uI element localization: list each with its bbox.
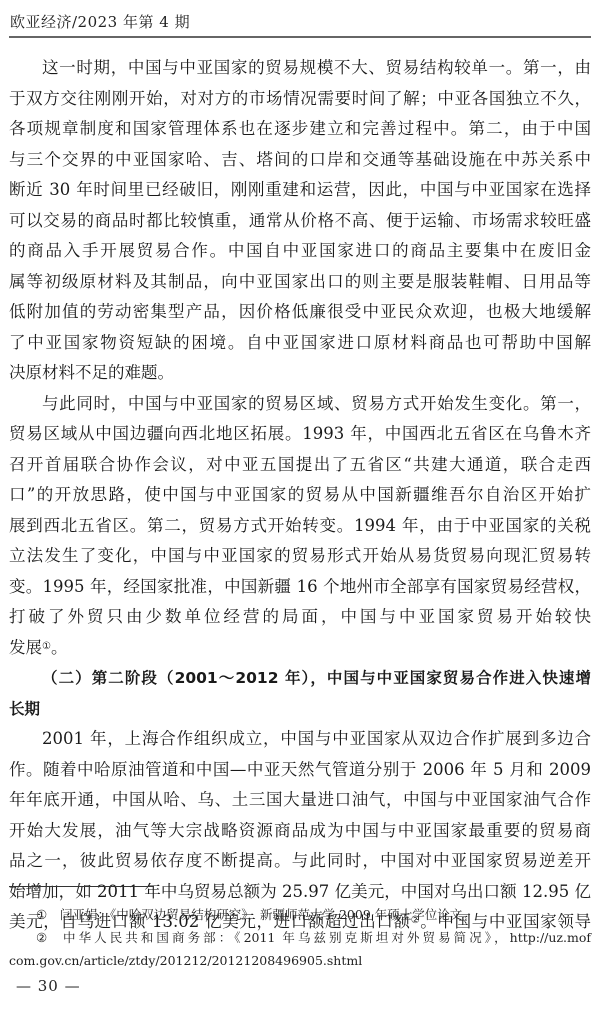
heading-text: 长期 (9, 700, 40, 718)
line-text: 展到西北五省区。第二，贸易方式开始转变。1994 年，由于中亚国家的关税 (9, 516, 591, 535)
line-text: 。 (51, 638, 68, 657)
line-text: 属等初级原材料及其制品，向中亚国家出口的则主要是服装鞋帽、日用品等 (9, 272, 591, 291)
footnote-1: ① 闫亚娟：《中哈双边贸易结构研究》，新疆师范大学 2009 年硕士学位论文。 (9, 903, 591, 926)
paragraph-line: 召开首届联合协作会议，对中亚五国提出了五省区“共建大通道，联合走西 (9, 450, 591, 481)
paragraph-line: 贸易区域从中国边疆向西北地区拓展。1993 年，中国西北五省区在乌鲁木齐 (9, 419, 591, 450)
footnote-mark: ② (36, 926, 56, 949)
line-text: 变。1995 年，经国家批准，中国新疆 16 个地州市全部享有国家贸易经营权， (9, 577, 591, 596)
line-text: 立法发生了变化，中国与中亚国家的贸易形式开始从易货贸易向现汇贸易转 (9, 546, 591, 565)
paragraph-line: 与三个交界的中亚国家哈、吉、塔间的口岸和交通等基础设施在中苏关系中 (9, 145, 591, 176)
footnote-2: ② 中华人民共和国商务部：《2011 年乌兹别克斯坦对外贸易简况》，http:/… (9, 926, 591, 949)
line-text: 开始大发展，油气等大宗战略资源商品成为中国与中亚国家最重要的贸易商 (9, 821, 591, 840)
line-text: 年年底开通，中国从哈、乌、土三国大量进口油气，中国与中亚国家油气合作 (9, 790, 591, 809)
paragraph-line: 与此同时，中国与中亚国家的贸易区域、贸易方式开始发生变化。第一， (9, 389, 591, 420)
footnote-mark: ① (36, 903, 56, 926)
line-text: 2001 年，上海合作组织成立，中国与中亚国家从双边合作扩展到多边合 (42, 729, 591, 748)
line-text: 口”的开放思路，使中国与中亚国家的贸易从中国新疆维吾尔自治区开始扩 (9, 485, 591, 504)
line-text: 低附加值的劳动密集型产品，因价格低廉很受中亚民众欢迎，也极大地缓解 (9, 302, 591, 321)
paragraph-line: 低附加值的劳动密集型产品，因价格低廉很受中亚民众欢迎，也极大地缓解 (9, 297, 591, 328)
paragraph-line: 了中亚国家物资短缺的困境。自中亚国家进口原材料商品也可帮助中国解 (9, 328, 591, 359)
footnote-text: 闫亚娟：《中哈双边贸易结构研究》，新疆师范大学 2009 年硕士学位论文。 (60, 907, 475, 922)
line-text: 发展 (9, 638, 42, 657)
paragraph-line: 断近 30 年时间里已经破旧，刚刚重建和运营，因此，中国与中亚国家在选择 (9, 175, 591, 206)
line-text: 的商品入手开展贸易合作。中国自中亚国家进口的商品主要集中在废旧金 (9, 241, 591, 260)
line-text: 可以交易的商品时都比较慎重，通常从价格不高、便于运输、市场需求较旺盛 (9, 211, 591, 230)
header-divider (9, 36, 591, 38)
line-text: 打破了外贸只由少数单位经营的局面，中国与中亚国家贸易开始较快 (9, 607, 591, 626)
heading-text: （二）第二阶段（2001～2012 年），中国与中亚国家贸易合作进入快速增 (42, 669, 591, 687)
paragraph-line: 打破了外贸只由少数单位经营的局面，中国与中亚国家贸易开始较快 (9, 602, 591, 633)
footnote-url[interactable]: com.gov.cn/article/ztdy/201212/201212084… (9, 953, 362, 968)
paragraph-line: 立法发生了变化，中国与中亚国家的贸易形式开始从易货贸易向现汇贸易转 (9, 541, 591, 572)
paragraph-line: 口”的开放思路，使中国与中亚国家的贸易从中国新疆维吾尔自治区开始扩 (9, 480, 591, 511)
paragraph-line: 作。随着中哈原油管道和中国—中亚天然气管道分别于 2006 年 5 月和 200… (9, 755, 591, 786)
footnote-ref-1[interactable]: ① (42, 641, 51, 652)
line-text: 贸易区域从中国边疆向西北地区拓展。1993 年，中国西北五省区在乌鲁木齐 (9, 424, 591, 443)
paragraph-line: 的商品入手开展贸易合作。中国自中亚国家进口的商品主要集中在废旧金 (9, 236, 591, 267)
line-text: 作。随着中哈原油管道和中国—中亚天然气管道分别于 2006 年 5 月和 200… (9, 760, 591, 779)
paragraph-line: 可以交易的商品时都比较慎重，通常从价格不高、便于运输、市场需求较旺盛 (9, 206, 591, 237)
line-text: 这一时期，中国与中亚国家的贸易规模不大、贸易结构较单一。第一，由 (42, 58, 591, 77)
footnote-text: 中华人民共和国商务部：《2011 年乌兹别克斯坦对外贸易简况》，http://u… (63, 930, 591, 945)
section-heading: 长期 (9, 694, 591, 725)
line-text: 决原材料不足的难题。 (9, 363, 174, 382)
page-number: — 30 — (16, 976, 81, 996)
paragraph-line: 年年底开通，中国从哈、乌、土三国大量进口油气，中国与中亚国家油气合作 (9, 785, 591, 816)
paragraph-line: 各项规章制度和国家管理体系也在逐步建立和完善过程中。第二，由于中国 (9, 114, 591, 145)
line-text: 品之一，彼此贸易依存度不断提高。与此同时，中国对中亚国家贸易逆差开 (9, 851, 591, 870)
body-text: 这一时期，中国与中亚国家的贸易规模不大、贸易结构较单一。第一，由 于双方交往刚刚… (9, 53, 591, 938)
paragraph-line: 属等初级原材料及其制品，向中亚国家出口的则主要是服装鞋帽、日用品等 (9, 267, 591, 298)
line-text: 断近 30 年时间里已经破旧，刚刚重建和运营，因此，中国与中亚国家在选择 (9, 180, 591, 199)
section-heading: （二）第二阶段（2001～2012 年），中国与中亚国家贸易合作进入快速增 (9, 663, 591, 694)
paragraph-line: 于双方交往刚刚开始，对对方的市场情况需要时间了解；中亚各国独立不久， (9, 84, 591, 115)
line-text: 召开首届联合协作会议，对中亚五国提出了五省区“共建大通道，联合走西 (9, 455, 591, 474)
line-text: 始增加，如 2011 年中乌贸易总额为 25.97 亿美元，中国对乌出口额 12… (9, 882, 591, 901)
paragraph-line: 这一时期，中国与中亚国家的贸易规模不大、贸易结构较单一。第一，由 (9, 53, 591, 84)
line-text: 各项规章制度和国家管理体系也在逐步建立和完善过程中。第二，由于中国 (9, 119, 591, 138)
footnote-2-continuation: com.gov.cn/article/ztdy/201212/201212084… (9, 949, 591, 972)
paragraph-line: 2001 年，上海合作组织成立，中国与中亚国家从双边合作扩展到多边合 (9, 724, 591, 755)
paragraph-line: 展到西北五省区。第二，贸易方式开始转变。1994 年，由于中亚国家的关税 (9, 511, 591, 542)
running-header: 欧亚经济/2023 年第 4 期 (10, 12, 190, 32)
footnotes: ① 闫亚娟：《中哈双边贸易结构研究》，新疆师范大学 2009 年硕士学位论文。 … (9, 903, 591, 972)
footnote-divider (9, 886, 154, 887)
paragraph-line: 开始大发展，油气等大宗战略资源商品成为中国与中亚国家最重要的贸易商 (9, 816, 591, 847)
paragraph-line: 发展①。 (9, 633, 591, 664)
line-text: 于双方交往刚刚开始，对对方的市场情况需要时间了解；中亚各国独立不久， (9, 89, 591, 108)
paragraph-line: 变。1995 年，经国家批准，中国新疆 16 个地州市全部享有国家贸易经营权， (9, 572, 591, 603)
paragraph-line: 决原材料不足的难题。 (9, 358, 591, 389)
line-text: 了中亚国家物资短缺的困境。自中亚国家进口原材料商品也可帮助中国解 (9, 333, 591, 352)
line-text: 与此同时，中国与中亚国家的贸易区域、贸易方式开始发生变化。第一， (42, 394, 591, 413)
paragraph-line: 品之一，彼此贸易依存度不断提高。与此同时，中国对中亚国家贸易逆差开 (9, 846, 591, 877)
line-text: 与三个交界的中亚国家哈、吉、塔间的口岸和交通等基础设施在中苏关系中 (9, 150, 591, 169)
